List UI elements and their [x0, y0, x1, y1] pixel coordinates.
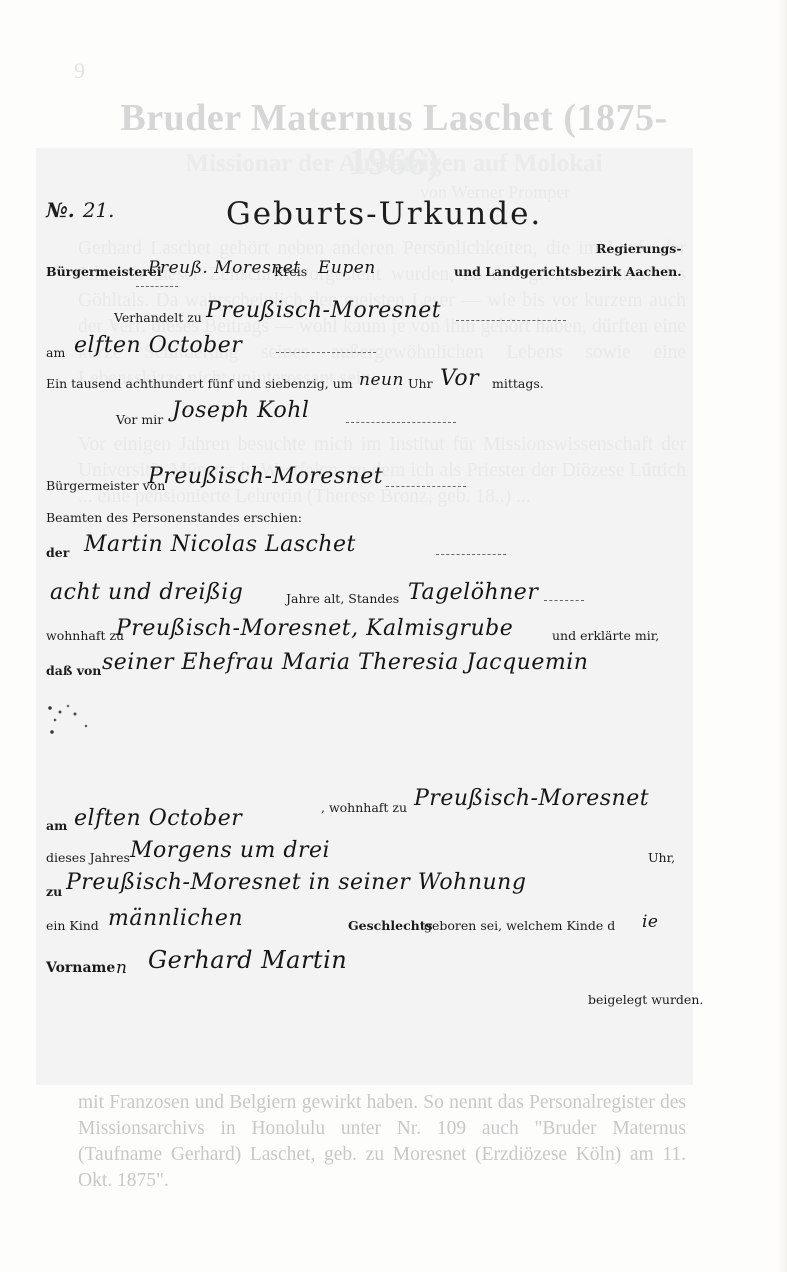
label-kreis: Kreis [274, 264, 307, 279]
birth-certificate: №.21. Geburts-Urkunde. Bürgermeisterei P… [36, 148, 693, 1085]
label-zu: zu [46, 884, 62, 899]
label-dass-von: daß von [46, 663, 101, 678]
hand-mother: seiner Ehefrau Maria Theresia Jacquemin [102, 650, 588, 675]
label-ein-kind: ein Kind [46, 918, 99, 933]
hand-time: Morgens um drei [130, 838, 330, 863]
label-regierungs: Regierungs- [596, 241, 682, 256]
hand-age: acht und dreißig [50, 580, 243, 605]
label-beigelegt: beigelegt wurden. [588, 992, 703, 1007]
hand-vor-mir: Joseph Kohl [172, 398, 309, 423]
label-year-text: Ein tausend achthundert fünf und siebenz… [46, 376, 353, 391]
number-value: 21. [83, 198, 115, 222]
stamp-speckle [40, 698, 100, 738]
page-number: 9 [74, 58, 85, 84]
label-landgericht: und Landgerichtsbezirk Aachen. [454, 264, 682, 279]
hand-buergermeister: Preußisch-Moresnet [148, 464, 383, 489]
label-uhr: Uhr [408, 376, 433, 391]
label-dieses-jahres: dieses Jahres [46, 850, 130, 865]
certificate-number: №.21. [46, 198, 115, 222]
fill-line [436, 554, 506, 555]
hand-die: ie [642, 912, 659, 932]
label-der: der [46, 545, 69, 560]
hand-am: elften October [74, 333, 242, 358]
hand-stand: Tagelöhner [408, 580, 538, 605]
hand-wohnhaft-2: Preußisch-Moresnet [414, 786, 649, 811]
hand-der: Martin Nicolas Laschet [84, 532, 356, 557]
label-beamten: Beamten des Personenstandes erschien: [46, 510, 302, 525]
underline [136, 286, 178, 287]
fill-line [276, 352, 376, 353]
label-wohnhaft: wohnhaft zu [46, 628, 124, 643]
label-geschlechts: Geschlechts [348, 918, 433, 933]
fill-line [544, 600, 584, 601]
label-buergermeisterei: Bürgermeisterei [46, 264, 162, 279]
hand-vorname-suffix: n [116, 958, 127, 978]
fill-line [456, 320, 566, 321]
label-uhr-2: Uhr, [648, 850, 675, 865]
hand-kreis: Eupen [318, 258, 376, 278]
hand-vor: Vor [440, 366, 479, 391]
label-erklaerte: und erklärte mir, [552, 628, 659, 643]
fill-line [386, 486, 466, 487]
label-am: am [46, 345, 65, 360]
hand-verhandelt: Preußisch-Moresnet [206, 298, 441, 323]
label-jahre-stand: Jahre alt, Standes [286, 591, 399, 606]
label-vor-mir: Vor mir [116, 412, 163, 427]
hand-sex: männlichen [108, 906, 243, 931]
hand-hour: neun [359, 370, 404, 390]
label-wohnhaft-2: , wohnhaft zu [321, 800, 407, 815]
label-mittags: mittags. [492, 376, 544, 391]
book-paragraph: mit Franzosen und Belgiern gewirkt haben… [78, 1090, 686, 1194]
label-am-2: am [46, 818, 67, 833]
hand-wohnhaft: Preußisch-Moresnet, Kalmisgrube [116, 616, 513, 641]
fill-line [346, 422, 456, 423]
number-label: №. [46, 198, 75, 222]
certificate-heading: Geburts-Urkunde. [226, 196, 542, 232]
hand-am-2: elften October [74, 806, 242, 831]
label-verhandelt: Verhandelt zu [114, 310, 202, 325]
hand-birthplace: Preußisch-Moresnet in seiner Wohnung [66, 870, 526, 895]
hand-child-name: Gerhard Martin [148, 946, 347, 974]
label-geboren: geboren sei, welchem Kinde d [424, 918, 615, 933]
label-vorname: Vorname [46, 960, 115, 976]
